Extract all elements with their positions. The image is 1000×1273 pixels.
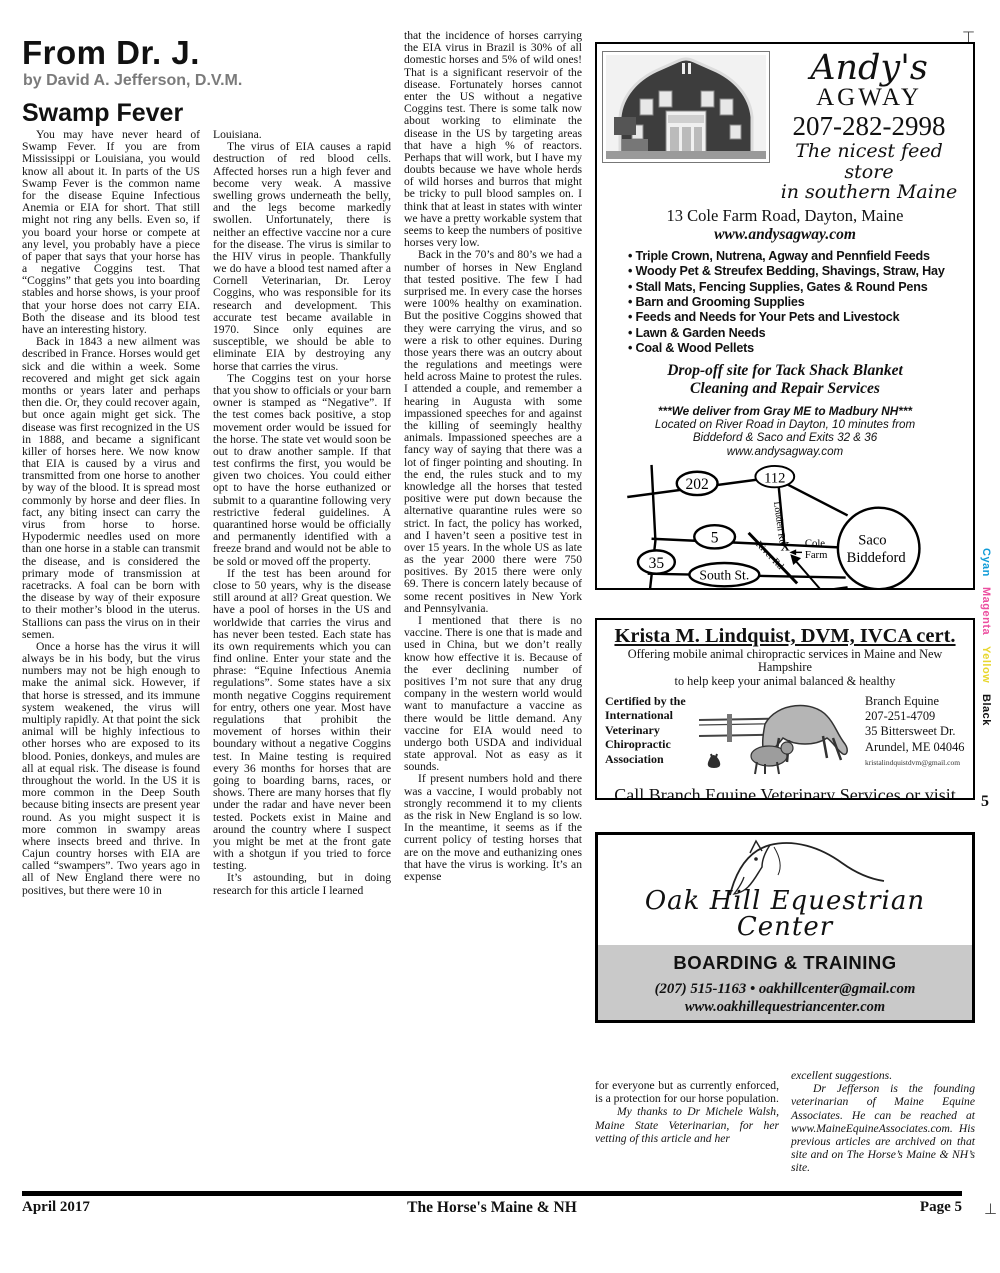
plate-magenta-label: Magenta bbox=[980, 587, 992, 635]
agway-address: 13 Cole Farm Road, Dayton, Maine bbox=[602, 206, 968, 226]
agway-bullet: Triple Crown, Nutrena, Agway and Pennfie… bbox=[628, 249, 968, 264]
svg-text:202: 202 bbox=[686, 477, 709, 494]
edge-page-number: 5 bbox=[981, 793, 989, 811]
article-paragraph: Once a horse has the virus it will alway… bbox=[22, 641, 200, 897]
plate-cyan-label: Cyan bbox=[980, 548, 992, 577]
article-paragraph: If the test has been around for close to… bbox=[213, 568, 391, 873]
article-paragraph: Back in the 70’s and 80’s we had a numbe… bbox=[404, 249, 582, 615]
agway-deliver: ***We deliver from Gray ME to Madbury NH… bbox=[602, 404, 968, 418]
article-paragraph: The virus of EIA causes a rapid destruct… bbox=[213, 141, 391, 373]
footer-page-number: Page 5 bbox=[649, 1199, 962, 1217]
agway-bullet: Woody Pet & Streufex Bedding, Shavings, … bbox=[628, 264, 968, 279]
agway-dropoff-1: Drop-off site for Tack Shack Blanket bbox=[602, 362, 968, 381]
agway-location-map: Saco Biddeford 202 112 5 35 South St. bbox=[603, 461, 967, 590]
crop-mark-top: ⊤ bbox=[962, 28, 975, 47]
byline: by David A. Jefferson, D.V.M. bbox=[23, 72, 394, 90]
article-paragraph: Back in 1843 a new ailment was described… bbox=[22, 336, 200, 641]
article-paragraph: My thanks to Dr Michele Walsh, Maine Sta… bbox=[595, 1105, 779, 1145]
article: From Dr. J. by David A. Jefferson, D.V.M… bbox=[22, 30, 582, 1175]
oakhill-info-band: BOARDING & TRAINING (207) 515-1163 • oak… bbox=[598, 945, 972, 1023]
agway-phone: 207-282-2998 bbox=[770, 112, 968, 142]
article-column-3: that the incidence of horses carrying th… bbox=[404, 30, 582, 1175]
footer-date: April 2017 bbox=[22, 1199, 335, 1217]
agway-name-caps: AGWAY bbox=[770, 85, 968, 110]
agway-website-2: www.andysagway.com bbox=[602, 445, 968, 459]
article-paragraph: If present numbers hold and there was a … bbox=[404, 773, 582, 883]
agway-located-1: Located on River Road in Dayton, 10 minu… bbox=[602, 418, 968, 432]
oakhill-address: 97 White Oak Hill Road, Poland, ME 04274 bbox=[598, 1018, 972, 1023]
svg-text:35: 35 bbox=[649, 555, 665, 572]
svg-text:Saco: Saco bbox=[858, 533, 886, 549]
ad-rail: Andy's AGWAY 207-282-2998 The nicest fee… bbox=[595, 30, 975, 1175]
oakhill-name: Oak Hill Equestrian Center bbox=[598, 888, 972, 940]
tail-column-left: for everyone but as currently enforced, … bbox=[595, 1069, 779, 1175]
article-tail: for everyone but as currently enforced, … bbox=[595, 1069, 975, 1175]
svg-text:X: X bbox=[781, 540, 790, 554]
lindquist-email: kristalindquistdvm@gmail.com bbox=[865, 755, 965, 770]
agway-tagline-2: in southern Maine bbox=[770, 182, 968, 203]
svg-text:112: 112 bbox=[764, 471, 785, 487]
svg-text:Farm: Farm bbox=[805, 549, 828, 561]
svg-text:South St.: South St. bbox=[699, 568, 749, 583]
barn-illustration bbox=[606, 55, 766, 159]
svg-text:Cole: Cole bbox=[805, 538, 825, 550]
agway-bullet: Stall Mats, Fencing Supplies, Gates & Ro… bbox=[628, 280, 968, 295]
agway-ad: Andy's AGWAY 207-282-2998 The nicest fee… bbox=[595, 42, 975, 590]
article-paragraph: excellent suggestions. bbox=[791, 1069, 975, 1082]
agway-bullet: Barn and Grooming Supplies bbox=[628, 295, 968, 310]
agway-name-script: Andy's bbox=[770, 53, 968, 85]
page-content: From Dr. J. by David A. Jefferson, D.V.M… bbox=[22, 30, 975, 1175]
color-registration-plates: Cyan Magenta Yellow Black bbox=[980, 548, 992, 733]
article-paragraph: for everyone but as currently enforced, … bbox=[595, 1079, 779, 1105]
lindquist-certification: Certified by the International Veterinar… bbox=[605, 694, 693, 766]
lindquist-subtitle-2: to help keep your animal balanced & heal… bbox=[605, 675, 965, 689]
page-footer: April 2017 The Horse's Maine & NH Page 5 bbox=[22, 1191, 962, 1217]
svg-text:Biddeford: Biddeford bbox=[847, 550, 907, 566]
agway-bullet: Feeds and Needs for Your Pets and Livest… bbox=[628, 310, 968, 325]
lindquist-ad: Krista M. Lindquist, DVM, IVCA cert. Off… bbox=[595, 618, 975, 800]
tail-column-right: excellent suggestions. Dr Jefferson is t… bbox=[791, 1069, 975, 1175]
agway-website: www.andysagway.com bbox=[602, 226, 968, 244]
lindquist-title: Krista M. Lindquist, DVM, IVCA cert. bbox=[605, 625, 965, 648]
article-column-1: You may have never heard of Swamp Fever.… bbox=[22, 30, 200, 1175]
article-paragraph: The Coggins test on your horse that you … bbox=[213, 373, 391, 568]
lindquist-subtitle-1: Offering mobile animal chiropractic serv… bbox=[605, 648, 965, 676]
oakhill-boarding-training: BOARDING & TRAINING bbox=[598, 952, 972, 974]
article-paragraph: Dr Jefferson is the founding veterinaria… bbox=[791, 1082, 975, 1174]
crop-mark-bottom: ⊥ bbox=[984, 1200, 997, 1219]
agway-bullet-list: Triple Crown, Nutrena, Agway and Pennfie… bbox=[602, 249, 968, 357]
horse-chiropractic-illustration bbox=[695, 694, 863, 778]
article-column-2: Louisiana. The virus of EIA causes a rap… bbox=[213, 30, 391, 1175]
agway-dropoff-2: Cleaning and Repair Services bbox=[602, 380, 968, 399]
oakhill-ad: Oak Hill Equestrian Center BOARDING & TR… bbox=[595, 832, 975, 1023]
article-paragraph: I mentioned that there is no vaccine. Th… bbox=[404, 615, 582, 773]
lindquist-cta-1: Call Branch Equine Veterinary Services o… bbox=[605, 785, 965, 800]
column-kicker: From Dr. J. bbox=[22, 36, 394, 69]
lindquist-contact: Branch Equine 207-251-4709 35 Bitterswee… bbox=[865, 694, 965, 770]
oakhill-phone-email: (207) 515-1163 • oakhillcenter@gmail.com bbox=[598, 981, 972, 998]
article-paragraph: You may have never heard of Swamp Fever.… bbox=[22, 129, 200, 336]
agway-tagline-1: The nicest feed store bbox=[770, 141, 968, 182]
footer-publication-title: The Horse's Maine & NH bbox=[335, 1199, 648, 1217]
plate-black-label: Black bbox=[980, 694, 992, 726]
article-header: From Dr. J. by David A. Jefferson, D.V.M… bbox=[22, 36, 394, 126]
newspaper-page: From Dr. J. by David A. Jefferson, D.V.M… bbox=[0, 0, 1000, 1273]
svg-text:5: 5 bbox=[711, 530, 719, 547]
article-title: Swamp Fever bbox=[22, 101, 394, 126]
agway-located-2: Biddeford & Saco and Exits 32 & 36 bbox=[602, 431, 968, 445]
footer-rule bbox=[22, 1191, 962, 1196]
agway-bullet: Lawn & Garden Needs bbox=[628, 326, 968, 341]
barn-photo bbox=[602, 51, 770, 163]
article-paragraph: It’s astounding, but in doing research f… bbox=[213, 872, 391, 896]
agway-bullet: Coal & Wood Pellets bbox=[628, 341, 968, 356]
oakhill-website: www.oakhillequestriancenter.com bbox=[598, 999, 972, 1016]
article-paragraph: that the incidence of horses carrying th… bbox=[404, 30, 582, 249]
plate-yellow-label: Yellow bbox=[980, 646, 992, 683]
